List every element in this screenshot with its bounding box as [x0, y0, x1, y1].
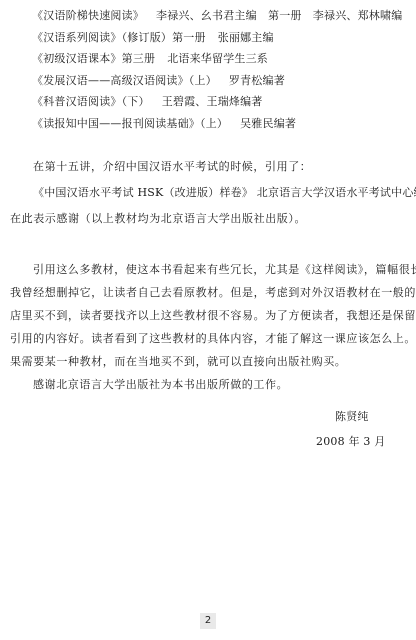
thanks-note: 在此表示感谢（以上教材均为北京语言大学出版社出版）。	[10, 212, 306, 226]
paragraph-line: 引用这么多教材，使这本书看起来有些冗长，尤其是《这样阅读》，篇幅很长。	[33, 263, 416, 277]
reference-info: 罗青松编著	[229, 74, 285, 87]
reference-title: 《初级汉语课本》第三册	[32, 52, 155, 65]
reference-item: 《汉语系列阅读》（修订版）第一册张丽娜主编	[32, 31, 274, 45]
signature-author: 陈贤纯	[335, 410, 369, 424]
lecture-note: 在第十五讲，介绍中国汉语水平考试的时候，引用了：	[33, 160, 311, 174]
reference-info: 吴雅民编著	[240, 117, 296, 130]
reference-title: 《读报知中国——报刊阅读基础》（上）	[32, 117, 228, 130]
reference-title: 《科普汉语阅读》（下）	[32, 95, 150, 108]
reference-info: 张丽娜主编	[218, 31, 274, 44]
reference-info: 王碧霞、王瑞烽编著	[162, 95, 263, 108]
hsk-reference: 《中国汉语水平考试 HSK（改进版）样卷》 北京语言大学汉语水平考试中心编	[33, 186, 416, 200]
acknowledgement: 感谢北京语言大学出版社为本书出版所做的工作。	[33, 378, 288, 392]
reference-item: 《发展汉语——高级汉语阅读》（上）罗青松编著	[32, 74, 285, 88]
reference-item: 《读报知中国——报刊阅读基础》（上）吴雅民编著	[32, 117, 296, 131]
page-number: 2	[200, 613, 216, 629]
paragraph-line: 店里买不到，读者要找齐以上这些教材很不容易。为了方便读者，我想还是保留所	[10, 309, 416, 323]
reference-item: 《汉语阶梯快速阅读》李禄兴、幺书君主编 第一册 李禄兴、郑林啸编	[32, 9, 402, 23]
reference-info: 北语来华留学生三系	[167, 52, 268, 65]
paragraph-line: 引用的内容好。读者看到了这些教材的具体内容，才能了解这一课应该怎么上。如	[10, 332, 416, 346]
reference-title: 《汉语系列阅读》（修订版）第一册	[32, 31, 206, 44]
paragraph-line: 果需要某一种教材，而在当地买不到，就可以直接向出版社购买。	[10, 355, 346, 369]
reference-title: 《汉语阶梯快速阅读》	[32, 9, 144, 22]
signature-date: 2008 年 3 月	[316, 435, 385, 449]
paragraph-line: 我曾经想删掉它，让读者自己去看原教材。但是，考虑到对外汉语教材在一般的书	[10, 286, 416, 300]
reference-item: 《科普汉语阅读》（下）王碧霞、王瑞烽编著	[32, 95, 263, 109]
reference-item: 《初级汉语课本》第三册北语来华留学生三系	[32, 52, 268, 66]
reference-title: 《发展汉语——高级汉语阅读》（上）	[32, 74, 217, 87]
reference-info: 李禄兴、幺书君主编 第一册 李禄兴、郑林啸编	[156, 9, 402, 22]
